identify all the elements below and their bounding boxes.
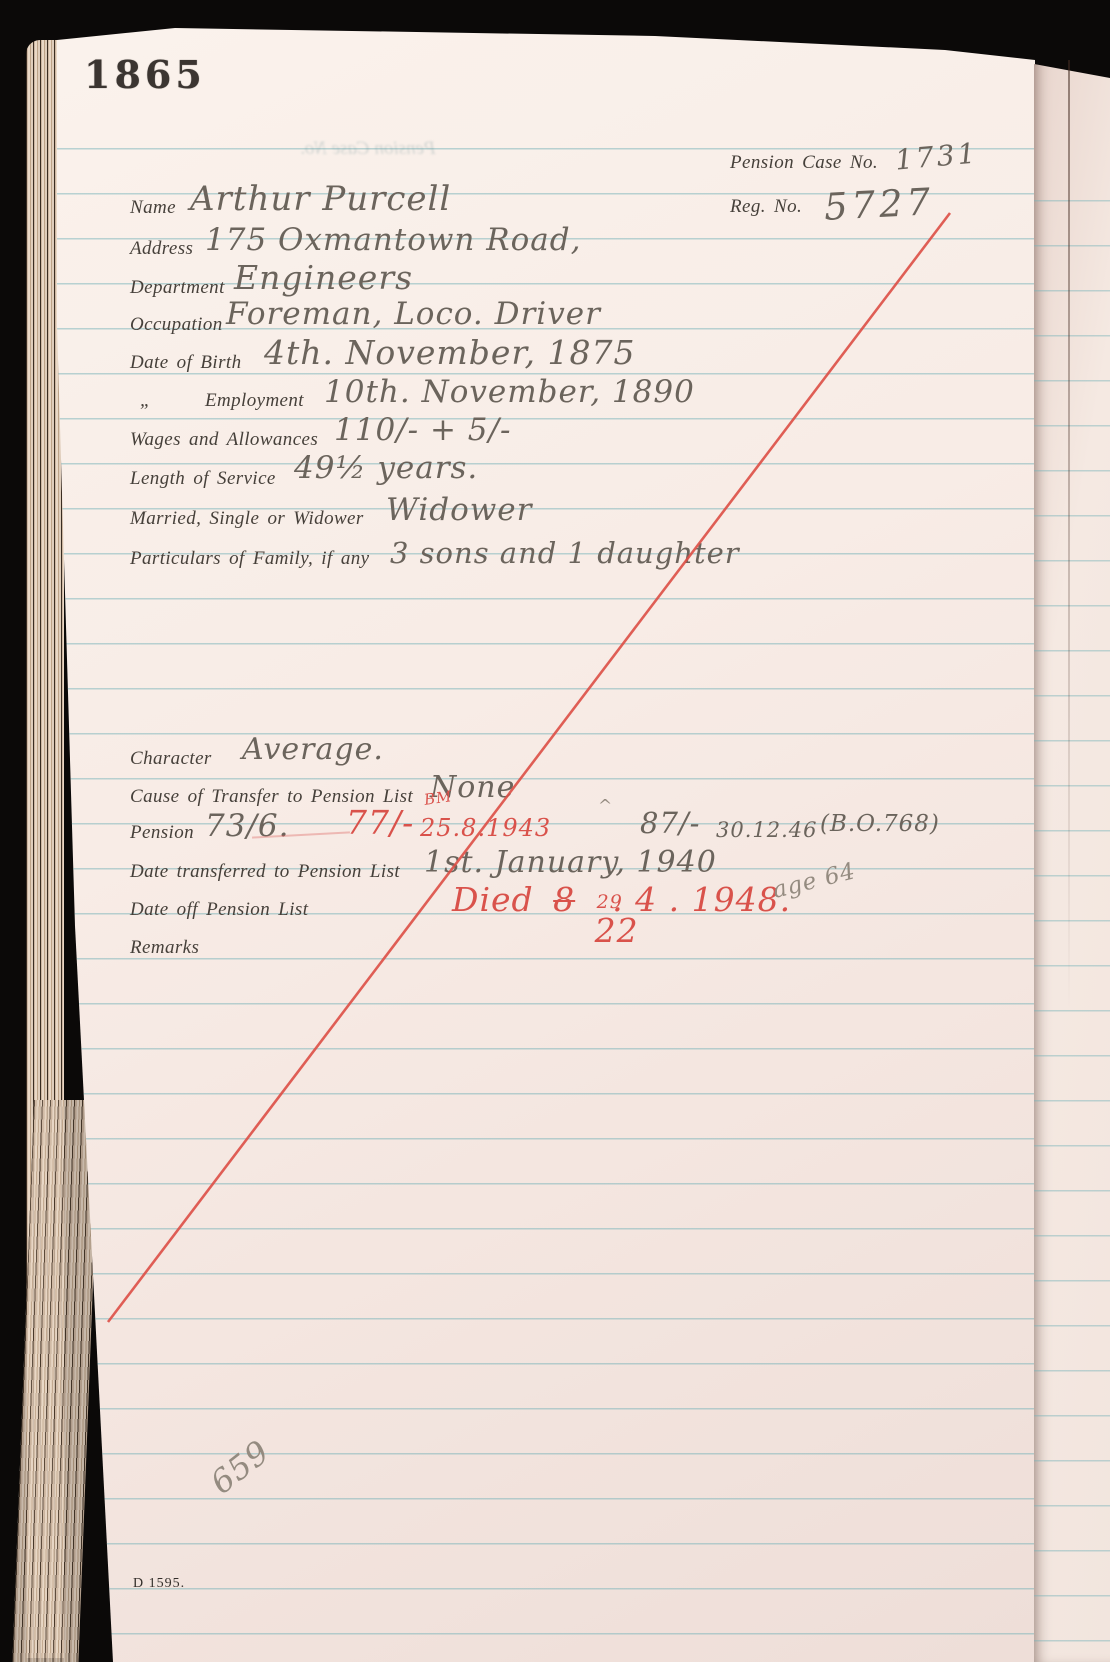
remarks-label: Remarks	[130, 937, 199, 959]
family-label: Particulars of Family, if any	[130, 548, 369, 570]
wages-label: Wages and Allowances	[130, 429, 318, 451]
date-transferred-value: 1st. January, 1940	[424, 845, 717, 880]
died-struck-digit: 8	[553, 880, 575, 919]
length-of-service-label: Length of Service	[130, 468, 276, 490]
pension-initials-annotation: BM	[423, 787, 454, 809]
marital-status-value: Widower	[386, 492, 532, 528]
department-label: Department	[130, 277, 225, 299]
pencil-caret-mark: ^	[598, 796, 613, 816]
pension-label: Pension	[130, 822, 194, 844]
died-word: Died	[452, 880, 534, 919]
pension-case-label: Pension Case No.	[730, 152, 878, 174]
date-of-employment-value: 10th. November, 1890	[324, 374, 695, 410]
date-of-birth-label: Date of Birth	[130, 352, 241, 374]
date-of-employment-label: Employment	[205, 390, 304, 412]
wages-value: 110/- + 5/-	[334, 412, 511, 448]
date-off-pension-label: Date off Pension List	[130, 899, 308, 921]
name-label: Name	[130, 197, 176, 219]
pension-date-2: 25.8.1943	[420, 814, 551, 842]
age-note: age 64	[770, 858, 858, 904]
died-annotation: Died 8 2922 . 4 . 1948.	[452, 880, 769, 919]
character-label: Character	[130, 748, 212, 770]
ditto-mark: „	[140, 390, 151, 412]
date-transferred-label: Date transferred to Pension List	[130, 861, 400, 883]
died-date: . 4 . 1948.	[612, 880, 791, 919]
pencil-folio-number: 659	[203, 1432, 277, 1501]
form-code: D 1595.	[133, 1576, 185, 1592]
occupation-label: Occupation	[130, 314, 223, 336]
name-value: Arthur Purcell	[190, 179, 451, 219]
pension-board-order-ref: (B.O.768)	[820, 811, 940, 837]
pension-amount-1: 73/6.	[205, 808, 289, 844]
department-value: Engineers	[234, 258, 413, 297]
address-value: 175 Oxmantown Road,	[205, 222, 581, 258]
length-of-service-value: 49½ years.	[294, 450, 478, 486]
pension-case-value: 1731	[894, 136, 980, 176]
reg-no-value: 5727	[823, 180, 935, 229]
pension-amount-2: 77/-	[346, 803, 414, 842]
date-of-birth-value: 4th. November, 1875	[264, 333, 635, 372]
reg-no-label: Reg. No.	[730, 196, 802, 218]
page-number-stamp: 1865	[84, 52, 206, 97]
bleedthrough-ghost-text: Pension Case No.	[300, 138, 436, 160]
character-value: Average.	[242, 732, 384, 767]
address-label: Address	[130, 238, 193, 260]
family-value: 3 sons and 1 daughter	[390, 536, 740, 570]
occupation-value: Foreman, Loco. Driver	[226, 296, 601, 332]
pension-date-3: 30.12.46	[716, 818, 818, 842]
marital-status-label: Married, Single or Widower	[130, 508, 364, 530]
pension-amount-3: 87/-	[640, 806, 700, 840]
scanned-ledger-page: 1865 Pension Case No. Pension Case No. 1…	[0, 0, 1110, 1662]
